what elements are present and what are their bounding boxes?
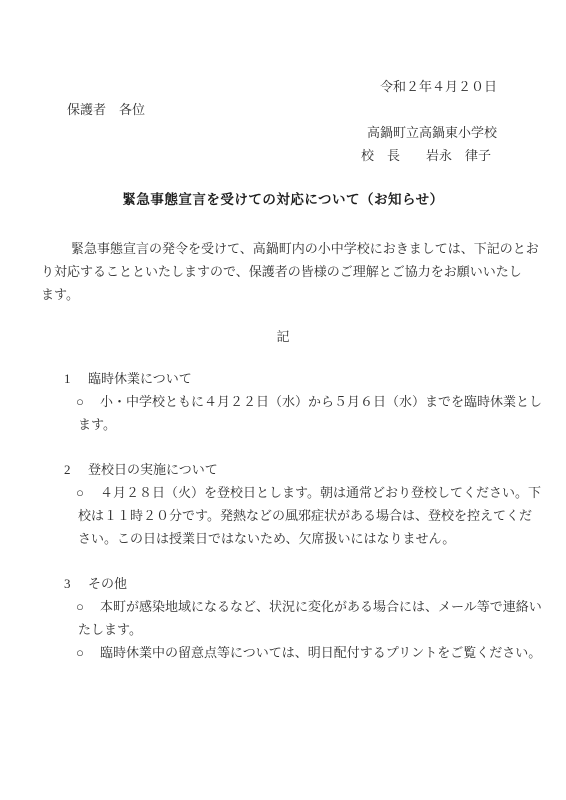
section-sonota: 3その他 ○ 本町が感染地域になるなど、状況に変化がある場合には、メール等で連絡… [0, 572, 566, 664]
section-heading-text: その他 [88, 576, 127, 591]
recipient-line: 保護者 各位 [0, 98, 566, 121]
section-heading-text: 登校日の実施について [88, 462, 218, 477]
sender-school-line: 高鍋町立高鍋東小学校 [0, 121, 566, 144]
intro-paragraph: 緊急事態宣言の発令を受けて、高鍋町内の小中学校におきましては、下記のとお り対応… [0, 237, 566, 306]
circle-bullet-icon: ○ [76, 481, 84, 504]
date-line: 令和２年４月２０日 [0, 75, 566, 98]
bullet-item: ○ 臨時休業中の留意点等については、明日配付するプリントをご覧ください。 [0, 641, 566, 664]
bullet-item: ○ 小・中学校ともに４月２２日（水）から５月６日（水）までを臨時休業とし ます。 [0, 390, 566, 436]
circle-bullet-icon: ○ [76, 595, 84, 618]
section-heading: 3その他 [0, 572, 566, 595]
sender-principal-line: 校 長 岩永 律子 [0, 144, 566, 167]
section-heading-text: 臨時休業について [88, 371, 192, 386]
bullet-item: ○ ４月２８日（火）を登校日とします。朝は通常どおり登校してください。下 校は１… [0, 481, 566, 550]
ki-marker: 記 [0, 325, 566, 348]
section-rinji-kyugyo: 1臨時休業について ○ 小・中学校ともに４月２２日（水）から５月６日（水）までを… [0, 367, 566, 436]
section-heading: 1臨時休業について [0, 367, 566, 390]
document-title: 緊急事態宣言を受けての対応について（お知らせ） [0, 188, 566, 211]
bullet-text: 臨時休業中の留意点等については、明日配付するプリントをご覧ください。 [78, 641, 566, 664]
bullet-text: 本町が感染地域になるなど、状況に変化がある場合には、メール等で連絡い たします。 [78, 595, 566, 641]
bullet-text: 小・中学校ともに４月２２日（水）から５月６日（水）までを臨時休業とし ます。 [78, 390, 566, 436]
section-number: 1 [64, 367, 88, 390]
bullet-item: ○ 本町が感染地域になるなど、状況に変化がある場合には、メール等で連絡い たしま… [0, 595, 566, 641]
section-number: 2 [64, 458, 88, 481]
circle-bullet-icon: ○ [76, 390, 84, 413]
section-heading: 2登校日の実施について [0, 458, 566, 481]
section-tokobi: 2登校日の実施について ○ ４月２８日（火）を登校日とします。朝は通常どおり登校… [0, 458, 566, 550]
document-page: 令和２年４月２０日 保護者 各位 高鍋町立高鍋東小学校 校 長 岩永 律子 緊急… [0, 0, 566, 800]
bullet-text: ４月２８日（火）を登校日とします。朝は通常どおり登校してください。下 校は１１時… [78, 481, 566, 550]
section-number: 3 [64, 572, 88, 595]
circle-bullet-icon: ○ [76, 641, 84, 664]
